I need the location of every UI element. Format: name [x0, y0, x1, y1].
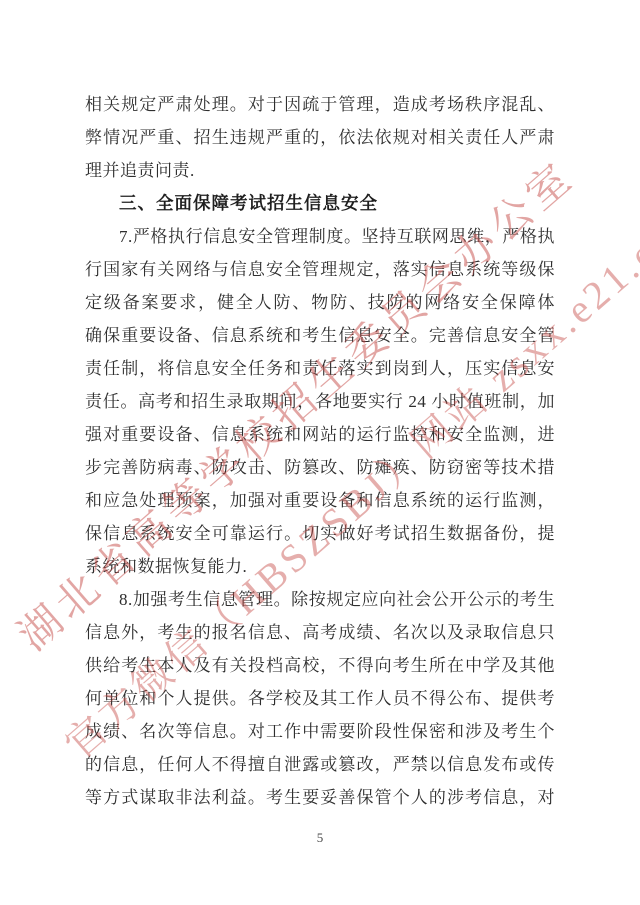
- section-heading: 三、全面保障考试招生信息安全: [85, 187, 555, 220]
- page-number: 5: [0, 830, 640, 846]
- text-line: 成绩、名次等信息。对工作中需要阶段性保密和涉及考生个人: [85, 715, 555, 748]
- text-line: 供给考生本人及有关投档高校，不得向考生所在中学及其他任: [85, 649, 555, 682]
- text-line: 等方式谋取非法利益。考生要妥善保管个人的涉考信息，对自: [85, 781, 555, 814]
- text-line: 步完善防病毒、防攻击、防篡改、防瘫痪、防窃密等技术措施: [85, 451, 555, 484]
- text-line: 弊情况严重、招生违规严重的，依法依规对相关责任人严肃处: [85, 121, 555, 154]
- text-line: 系统和数据恢复能力.: [85, 550, 555, 583]
- document-page: 湖北省高等学校招生委员会办公室 官方微信（HBSZSBJ）网站 zsxx.e21…: [0, 0, 640, 905]
- text-line: 信息外，考生的报名信息、高考成绩、名次以及录取信息只提: [85, 616, 555, 649]
- text-line: 和应急处理预案，加强对重要设备和信息系统的运行监测，确: [85, 484, 555, 517]
- text-line: 理并追责问责.: [85, 154, 555, 187]
- text-line: 保信息系统安全可靠运行。切实做好考试招生数据备份，提高: [85, 517, 555, 550]
- text-line: 7.严格执行信息安全管理制度。坚持互联网思维，严格执: [85, 220, 555, 253]
- text-line: 确保重要设备、信息系统和考生信息安全。完善信息安全管理: [85, 319, 555, 352]
- text-line: 8.加强考生信息管理。除按规定应向社会公开公示的考生: [85, 583, 555, 616]
- text-line: 何单位和个人提供。各学校及其工作人员不得公布、提供考生: [85, 682, 555, 715]
- text-block: 相关规定严肃处理。对于因疏于管理，造成考场秩序混乱、作弊情况严重、招生违规严重的…: [85, 88, 555, 814]
- text-line: 责任。高考和招生录取期间，各地要实行 24 小时值班制，加: [85, 385, 555, 418]
- text-line: 强对重要设备、信息系统和网站的运行监控和安全监测，进一: [85, 418, 555, 451]
- text-line: 的信息，任何人不得擅自泄露或篡改，严禁以信息发布或传递: [85, 748, 555, 781]
- text-line: 责任制，将信息安全任务和责任落实到岗到人，压实信息安全: [85, 352, 555, 385]
- text-line: 行国家有关网络与信息安全管理规定，落实信息系统等级保护: [85, 253, 555, 286]
- text-line: 定级备案要求，健全人防、物防、技防的网络安全保障体系，: [85, 286, 555, 319]
- text-line: 相关规定严肃处理。对于因疏于管理，造成考场秩序混乱、作: [85, 88, 555, 121]
